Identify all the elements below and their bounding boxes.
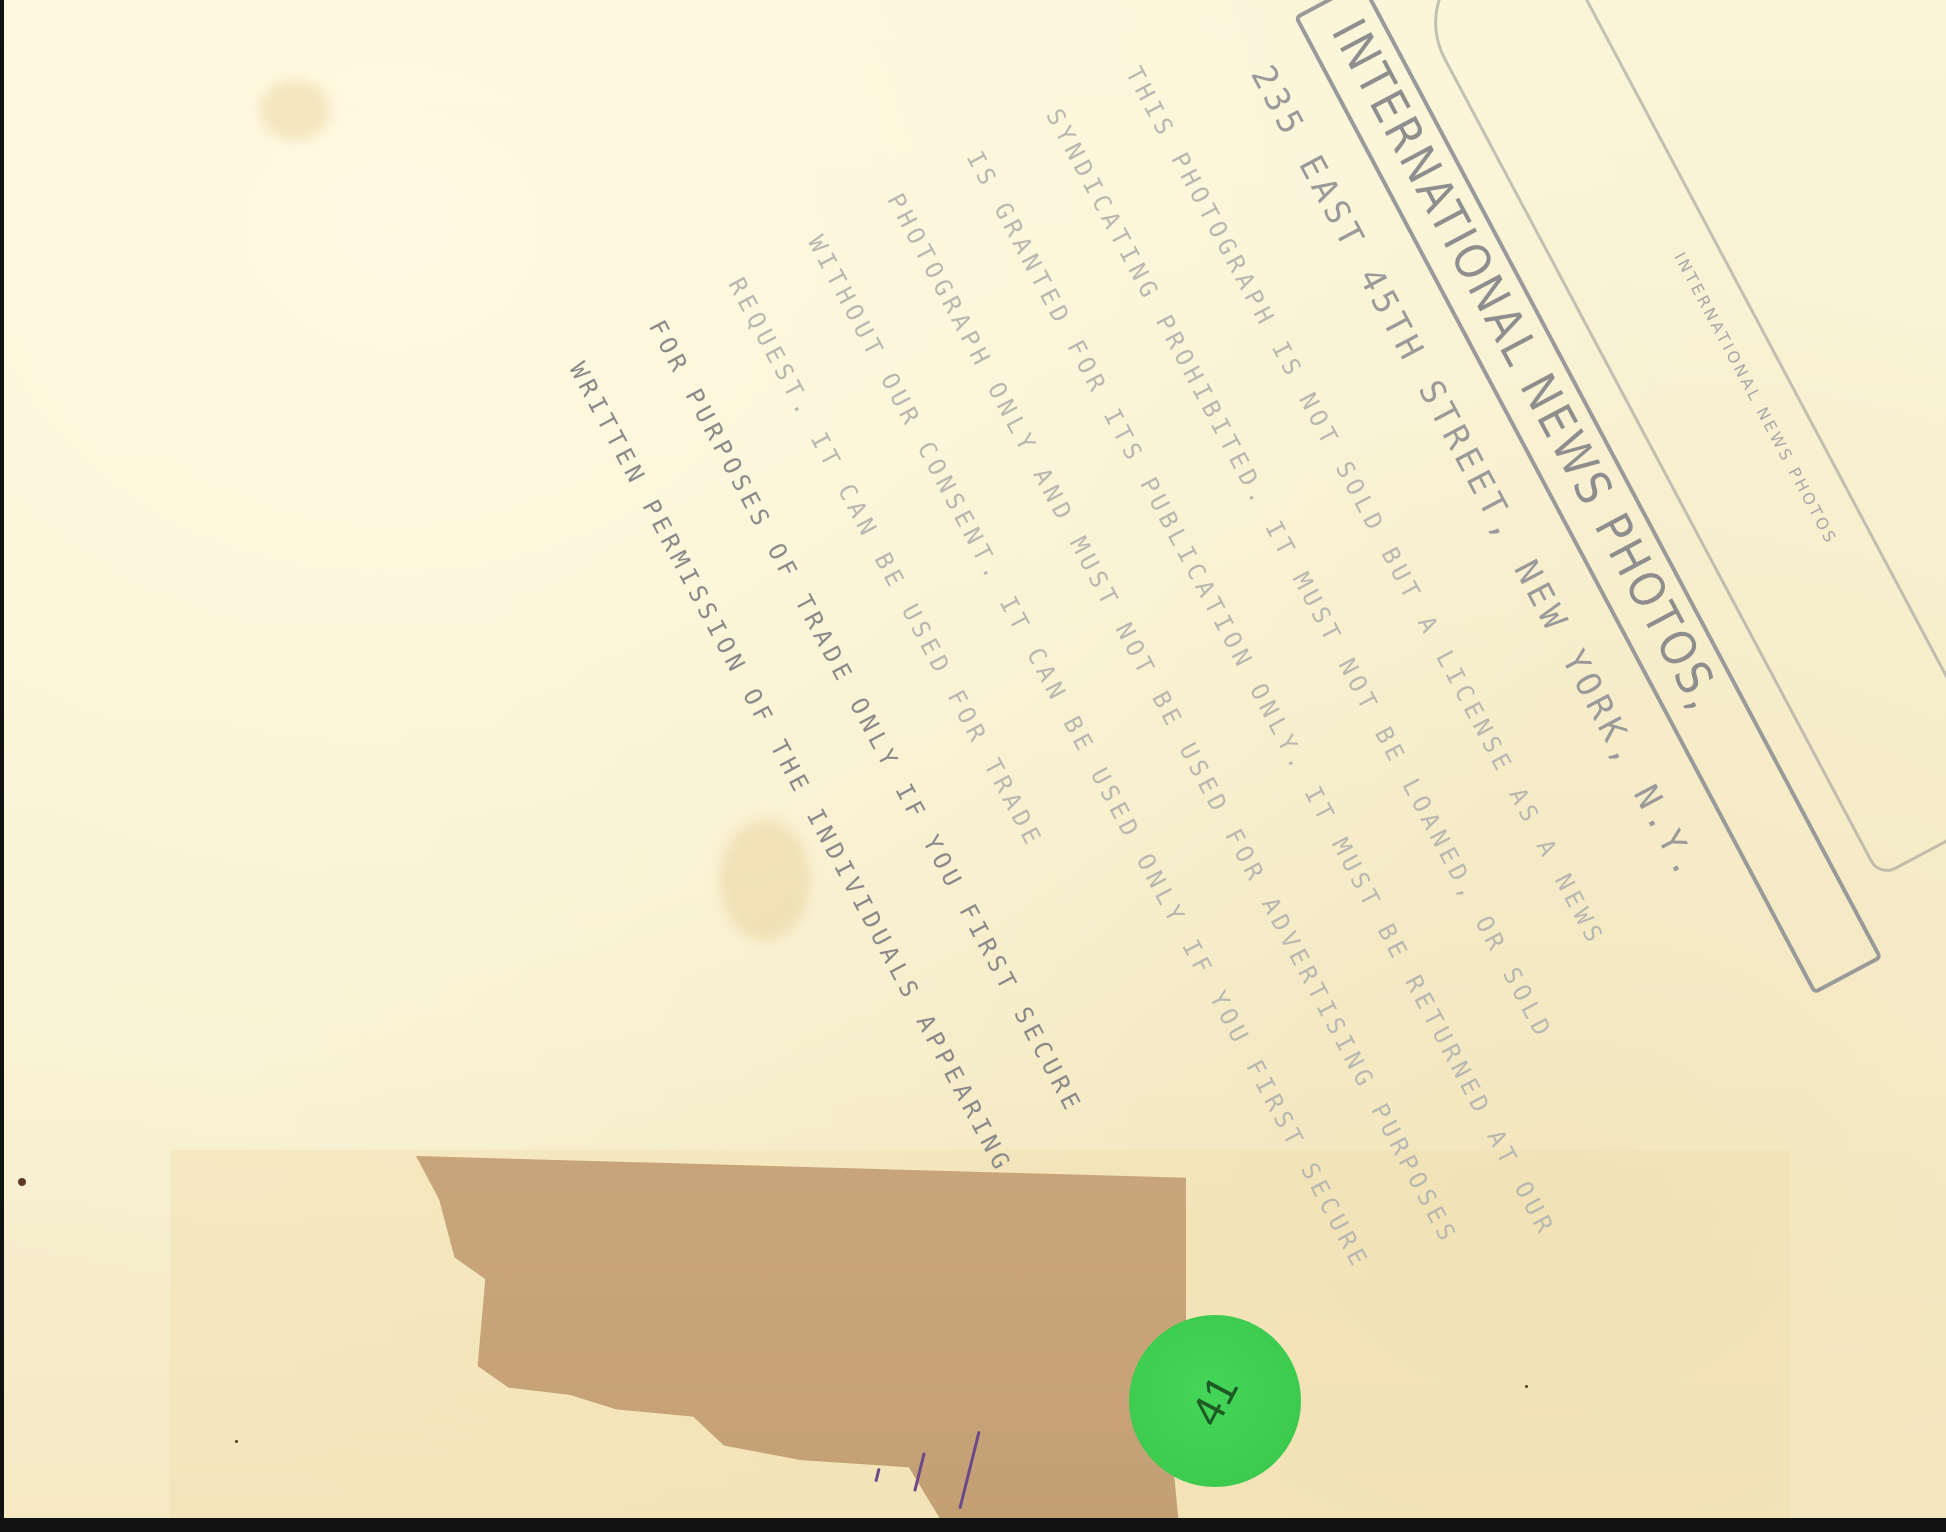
ink-speck — [1525, 1385, 1528, 1388]
sticker-label: 41 — [1181, 1368, 1248, 1435]
number-sticker: 41 — [1129, 1315, 1301, 1487]
ink-speck — [18, 1178, 26, 1186]
water-stain — [260, 80, 330, 140]
ink-speck — [235, 1440, 238, 1443]
